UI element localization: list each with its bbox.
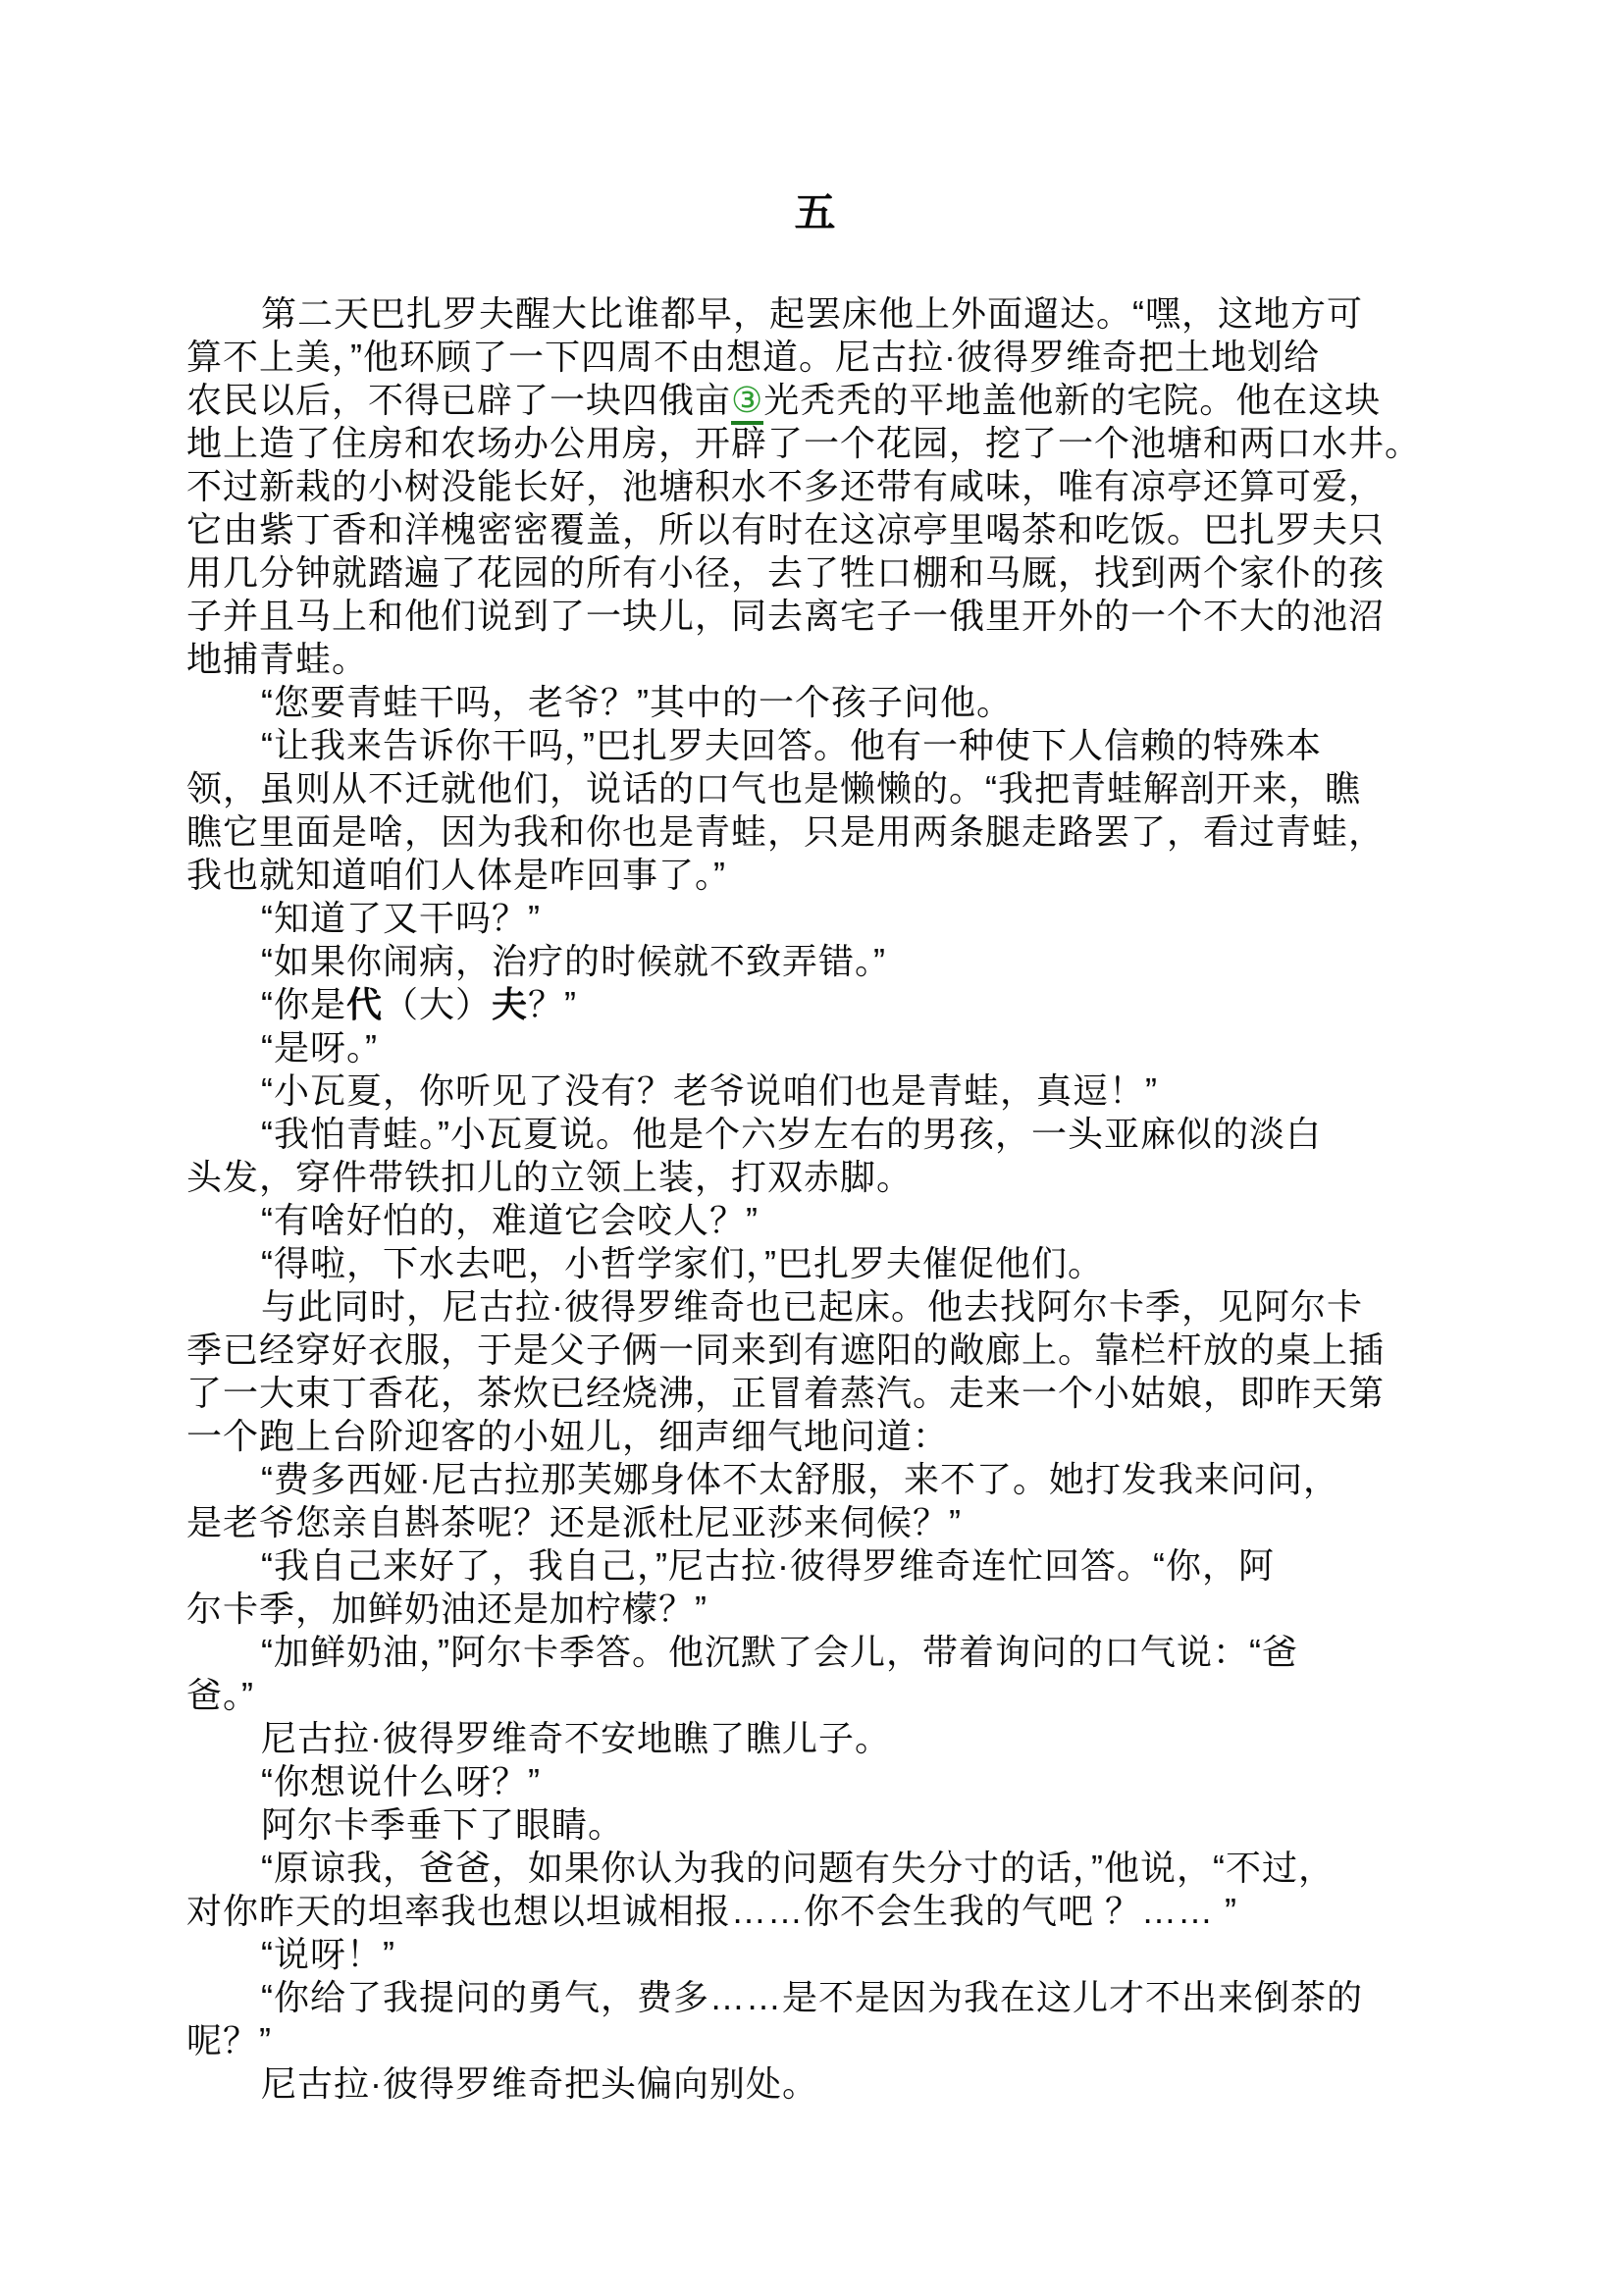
text-segment: 尔卡季，加鲜奶油还是加柠檬？” xyxy=(186,1589,707,1629)
text-segment: 第二天巴扎罗夫醒大比谁都早，起罢床他上外面遛达。“嘿，这地方可 xyxy=(261,293,1363,334)
text-segment: 季已经穿好衣服，于是父子俩一同来到有遮阳的敞廊上。靠栏杆放的桌上插 xyxy=(186,1329,1385,1370)
text-line: 与此同时，尼古拉·彼得罗维奇也已起床。他去找阿尔卡季，见阿尔卡 xyxy=(186,1285,1444,1329)
text-line: 爸。” xyxy=(186,1674,1444,1717)
text-segment: “小瓦夏，你听见了没有？老爷说咱们也是青蛙，真逗！” xyxy=(261,1070,1158,1111)
text-line: 农民以后，不得已辟了一块四俄亩③光秃秃的平地盖他新的宅院。他在这块 xyxy=(186,379,1444,422)
text-segment: 地上造了住房和农场办公用房，开辟了一个花园，挖了一个池塘和两口水井。 xyxy=(186,423,1421,463)
text-line: 季已经穿好衣服，于是父子俩一同来到有遮阳的敞廊上。靠栏杆放的桌上插 xyxy=(186,1329,1444,1372)
text-line: “我自己来好了，我自己，”尼古拉·彼得罗维奇连忙回答。“你，阿 xyxy=(186,1544,1444,1588)
text-segment: 地捕青蛙。 xyxy=(186,639,368,679)
text-segment: “是呀。” xyxy=(261,1027,378,1068)
text-line: “原谅我，爸爸，如果你认为我的问题有失分寸的话，”他说，“不过， xyxy=(186,1847,1444,1890)
text-segment: 算不上美，”他环顾了一下四周不由想道。尼古拉·彼得罗维奇把土地划给 xyxy=(186,337,1320,377)
text-segment: 不过新栽的小树没能长好，池塘积水不多还带有咸味，唯有凉亭还算可爱， xyxy=(186,466,1385,506)
emphasized-text: 代 xyxy=(346,984,383,1024)
text-segment: 农民以后，不得已辟了一块四俄亩 xyxy=(186,380,731,420)
text-segment: 阿尔卡季垂下了眼睛。 xyxy=(261,1804,624,1845)
text-segment: 呢？” xyxy=(186,2020,272,2060)
text-line: “得啦，下水去吧，小哲学家们，”巴扎罗夫催促他们。 xyxy=(186,1242,1444,1285)
text-segment: 与此同时，尼古拉·彼得罗维奇也已起床。他去找阿尔卡季，见阿尔卡 xyxy=(261,1286,1363,1327)
text-line: 了一大束丁香花，茶炊已经烧沸，正冒着蒸汽。走来一个小姑娘，即昨天第 xyxy=(186,1372,1444,1415)
text-line: “知道了又干吗？” xyxy=(186,897,1444,940)
text-segment: “原谅我，爸爸，如果你认为我的问题有失分寸的话，”他说，“不过， xyxy=(261,1848,1335,1888)
text-line: 它由紫丁香和洋槐密密覆盖，所以有时在这凉亭里喝茶和吃饭。巴扎罗夫只 xyxy=(186,508,1444,551)
text-segment: 子并且马上和他们说到了一块儿，同去离宅子一俄里开外的一个不大的池沼 xyxy=(186,596,1385,636)
text-line: “你想说什么呀？” xyxy=(186,1760,1444,1803)
text-segment: 一个跑上台阶迎客的小妞儿，细声细气地问道： xyxy=(186,1416,949,1456)
text-line: 对你昨天的坦率我也想以坦诚相报……你不会生我的气吧 ？…… ” xyxy=(186,1890,1444,1933)
text-segment: 领，虽则从不迁就他们，说话的口气也是懒懒的。“我把青蛙解剖开来，瞧 xyxy=(186,768,1361,808)
text-segment: 头发，穿件带铁扣儿的立领上装，打双赤脚。 xyxy=(186,1157,913,1197)
chapter-title: 五 xyxy=(186,188,1444,237)
text-segment: 我也就知道咱们人体是咋回事了。” xyxy=(186,855,726,895)
text-segment: 爸。” xyxy=(186,1675,254,1715)
text-line: 第二天巴扎罗夫醒大比谁都早，起罢床他上外面遛达。“嘿，这地方可 xyxy=(186,292,1444,336)
text-line: 我也就知道咱们人体是咋回事了。” xyxy=(186,854,1444,897)
text-segment: 瞧它里面是啥，因为我和你也是青蛙，只是用两条腿走路罢了，看过青蛙， xyxy=(186,811,1385,852)
text-line: 尔卡季，加鲜奶油还是加柠檬？” xyxy=(186,1588,1444,1631)
text-segment: 对你昨天的坦率我也想以坦诚相报……你不会生我的气吧 ？…… ” xyxy=(186,1891,1237,1931)
text-segment: “您要青蛙干吗，老爷？”其中的一个孩子问他。 xyxy=(261,682,1013,722)
text-segment: “加鲜奶油，”阿尔卡季答。他沉默了会儿，带着询问的口气说：“爸 xyxy=(261,1632,1298,1672)
text-segment: “知道了又干吗？” xyxy=(261,898,541,938)
text-segment: 了一大束丁香花，茶炊已经烧沸，正冒着蒸汽。走来一个小姑娘，即昨天第 xyxy=(186,1373,1385,1413)
text-line: “费多西娅·尼古拉那芙娜身体不太舒服，来不了。她打发我来问问， xyxy=(186,1458,1444,1501)
document-page: 五 第二天巴扎罗夫醒大比谁都早，起罢床他上外面遛达。“嘿，这地方可算不上美，”他… xyxy=(186,188,1444,2106)
text-line: 头发，穿件带铁扣儿的立领上装，打双赤脚。 xyxy=(186,1156,1444,1199)
text-line: 地上造了住房和农场办公用房，开辟了一个花园，挖了一个池塘和两口水井。 xyxy=(186,422,1444,465)
text-line: “小瓦夏，你听见了没有？老爷说咱们也是青蛙，真逗！” xyxy=(186,1069,1444,1113)
text-line: 领，虽则从不迁就他们，说话的口气也是懒懒的。“我把青蛙解剖开来，瞧 xyxy=(186,767,1444,810)
body-text: 第二天巴扎罗夫醒大比谁都早，起罢床他上外面遛达。“嘿，这地方可算不上美，”他环顾… xyxy=(186,292,1444,2106)
text-segment: ？” xyxy=(528,984,577,1024)
text-line: 地捕青蛙。 xyxy=(186,638,1444,681)
text-segment: “得啦，下水去吧，小哲学家们，”巴扎罗夫催促他们。 xyxy=(261,1243,1104,1283)
text-segment: 是老爷您亲自斟茶呢？还是派杜尼亚莎来伺候？” xyxy=(186,1502,962,1542)
text-line: “让我来告诉你干吗，”巴扎罗夫回答。他有一种使下人信赖的特殊本 xyxy=(186,724,1444,767)
text-segment: “费多西娅·尼古拉那芙娜身体不太舒服，来不了。她打发我来问问， xyxy=(261,1459,1339,1499)
text-line: “有啥好怕的，难道它会咬人？” xyxy=(186,1199,1444,1242)
text-segment: “我怕青蛙。”小瓦夏说。他是个六岁左右的男孩，一头亚麻似的淡白 xyxy=(261,1114,1322,1154)
text-segment: 它由紫丁香和洋槐密密覆盖，所以有时在这凉亭里喝茶和吃饭。巴扎罗夫只 xyxy=(186,509,1385,549)
text-line: “加鲜奶油，”阿尔卡季答。他沉默了会儿，带着询问的口气说：“爸 xyxy=(186,1631,1444,1674)
text-line: 算不上美，”他环顾了一下四周不由想道。尼古拉·彼得罗维奇把土地划给 xyxy=(186,336,1444,379)
emphasized-text: 夫 xyxy=(492,984,528,1024)
text-line: 子并且马上和他们说到了一块儿，同去离宅子一俄里开外的一个不大的池沼 xyxy=(186,595,1444,638)
text-line: 一个跑上台阶迎客的小妞儿，细声细气地问道： xyxy=(186,1415,1444,1458)
text-segment: “你想说什么呀？” xyxy=(261,1761,541,1801)
text-segment: “你是 xyxy=(261,984,346,1024)
text-segment: “有啥好怕的，难道它会咬人？” xyxy=(261,1200,759,1240)
text-segment: （大） xyxy=(383,984,492,1024)
text-segment: 光秃秃的平地盖他新的宅院。他在这块 xyxy=(763,380,1381,420)
text-line: 尼古拉·彼得罗维奇把头偏向别处。 xyxy=(186,2062,1444,2106)
text-line: “我怕青蛙。”小瓦夏说。他是个六岁左右的男孩，一头亚麻似的淡白 xyxy=(186,1113,1444,1156)
text-line: 瞧它里面是啥，因为我和你也是青蛙，只是用两条腿走路罢了，看过青蛙， xyxy=(186,810,1444,854)
text-line: 是老爷您亲自斟茶呢？还是派杜尼亚莎来伺候？” xyxy=(186,1501,1444,1544)
text-line: “你是代（大）夫？” xyxy=(186,983,1444,1026)
text-line: “您要青蛙干吗，老爷？”其中的一个孩子问他。 xyxy=(186,681,1444,724)
text-segment: “让我来告诉你干吗，”巴扎罗夫回答。他有一种使下人信赖的特殊本 xyxy=(261,725,1322,765)
text-line: 阿尔卡季垂下了眼睛。 xyxy=(186,1803,1444,1847)
text-line: “如果你闹病，治疗的时候就不致弄错。” xyxy=(186,940,1444,983)
footnote-ref-3-link[interactable]: ③ xyxy=(731,380,763,425)
text-line: 不过新栽的小树没能长好，池塘积水不多还带有咸味，唯有凉亭还算可爱， xyxy=(186,465,1444,508)
text-segment: 尼古拉·彼得罗维奇不安地瞧了瞧儿子。 xyxy=(261,1718,891,1758)
text-line: 用几分钟就踏遍了花园的所有小径，去了牲口棚和马厩，找到两个家仆的孩 xyxy=(186,551,1444,595)
text-segment: “如果你闹病，治疗的时候就不致弄错。” xyxy=(261,941,886,981)
text-line: “你给了我提问的勇气，费多……是不是因为我在这儿才不出来倒茶的 xyxy=(186,1976,1444,2019)
text-segment: “你给了我提问的勇气，费多……是不是因为我在这儿才不出来倒茶的 xyxy=(261,1977,1363,2017)
text-segment: 尼古拉·彼得罗维奇把头偏向别处。 xyxy=(261,2063,818,2104)
text-line: 尼古拉·彼得罗维奇不安地瞧了瞧儿子。 xyxy=(186,1717,1444,1760)
text-line: “是呀。” xyxy=(186,1026,1444,1069)
text-line: “说呀！” xyxy=(186,1933,1444,1976)
text-segment: 用几分钟就踏遍了花园的所有小径，去了牲口棚和马厩，找到两个家仆的孩 xyxy=(186,552,1385,593)
text-segment: “说呀！” xyxy=(261,1934,395,1974)
text-segment: “我自己来好了，我自己，”尼古拉·彼得罗维奇连忙回答。“你，阿 xyxy=(261,1545,1275,1586)
text-line: 呢？” xyxy=(186,2019,1444,2062)
